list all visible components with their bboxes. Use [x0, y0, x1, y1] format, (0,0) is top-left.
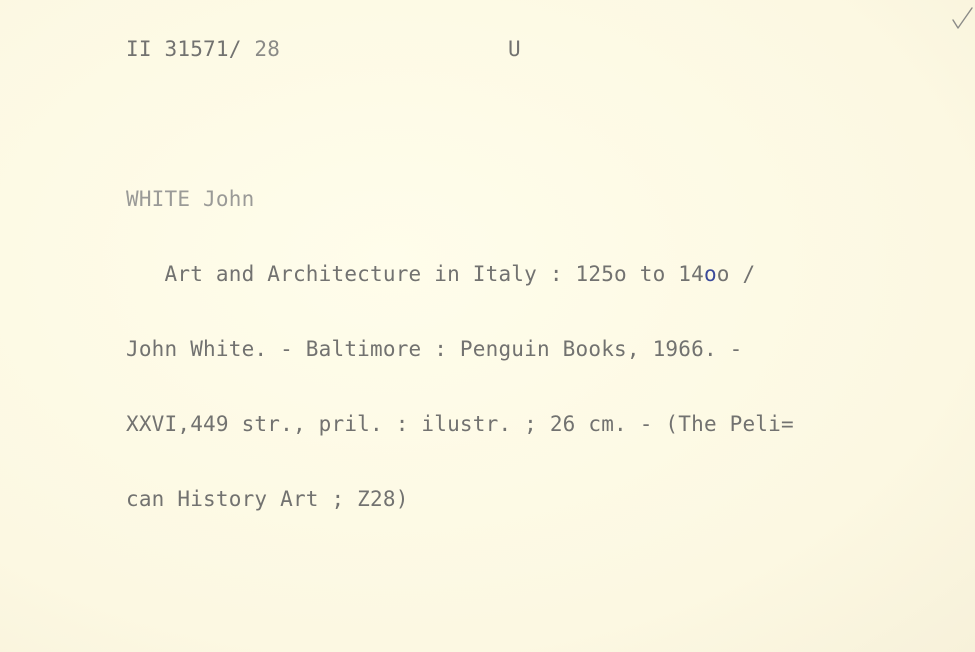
call-number-suffix: 28 — [242, 37, 281, 61]
location-mark: U — [508, 37, 521, 62]
author-heading: WHITE John — [126, 187, 794, 212]
title-line: Art and Architecture in Italy : 125o to … — [126, 262, 794, 287]
call-number: II 31571/ 28 — [126, 37, 280, 62]
catalog-card: II 31571/ 28 U WHITE John Art and Archit… — [0, 0, 975, 652]
series-line: can History Art ; Z28) — [126, 487, 794, 512]
publication-line: John White. - Baltimore : Penguin Books,… — [126, 337, 794, 362]
physical-description-line: XXVI,449 str., pril. : ilustr. ; 26 cm. … — [126, 412, 794, 437]
call-number-prefix: II 31571/ — [126, 37, 242, 61]
checkmark-icon — [950, 6, 974, 32]
blue-correction: o — [704, 262, 717, 286]
title-text-end: o / — [717, 262, 756, 286]
title-text: Art and Architecture in Italy : 125o to … — [126, 262, 704, 286]
bibliographic-entry: WHITE John Art and Architecture in Italy… — [126, 137, 794, 562]
